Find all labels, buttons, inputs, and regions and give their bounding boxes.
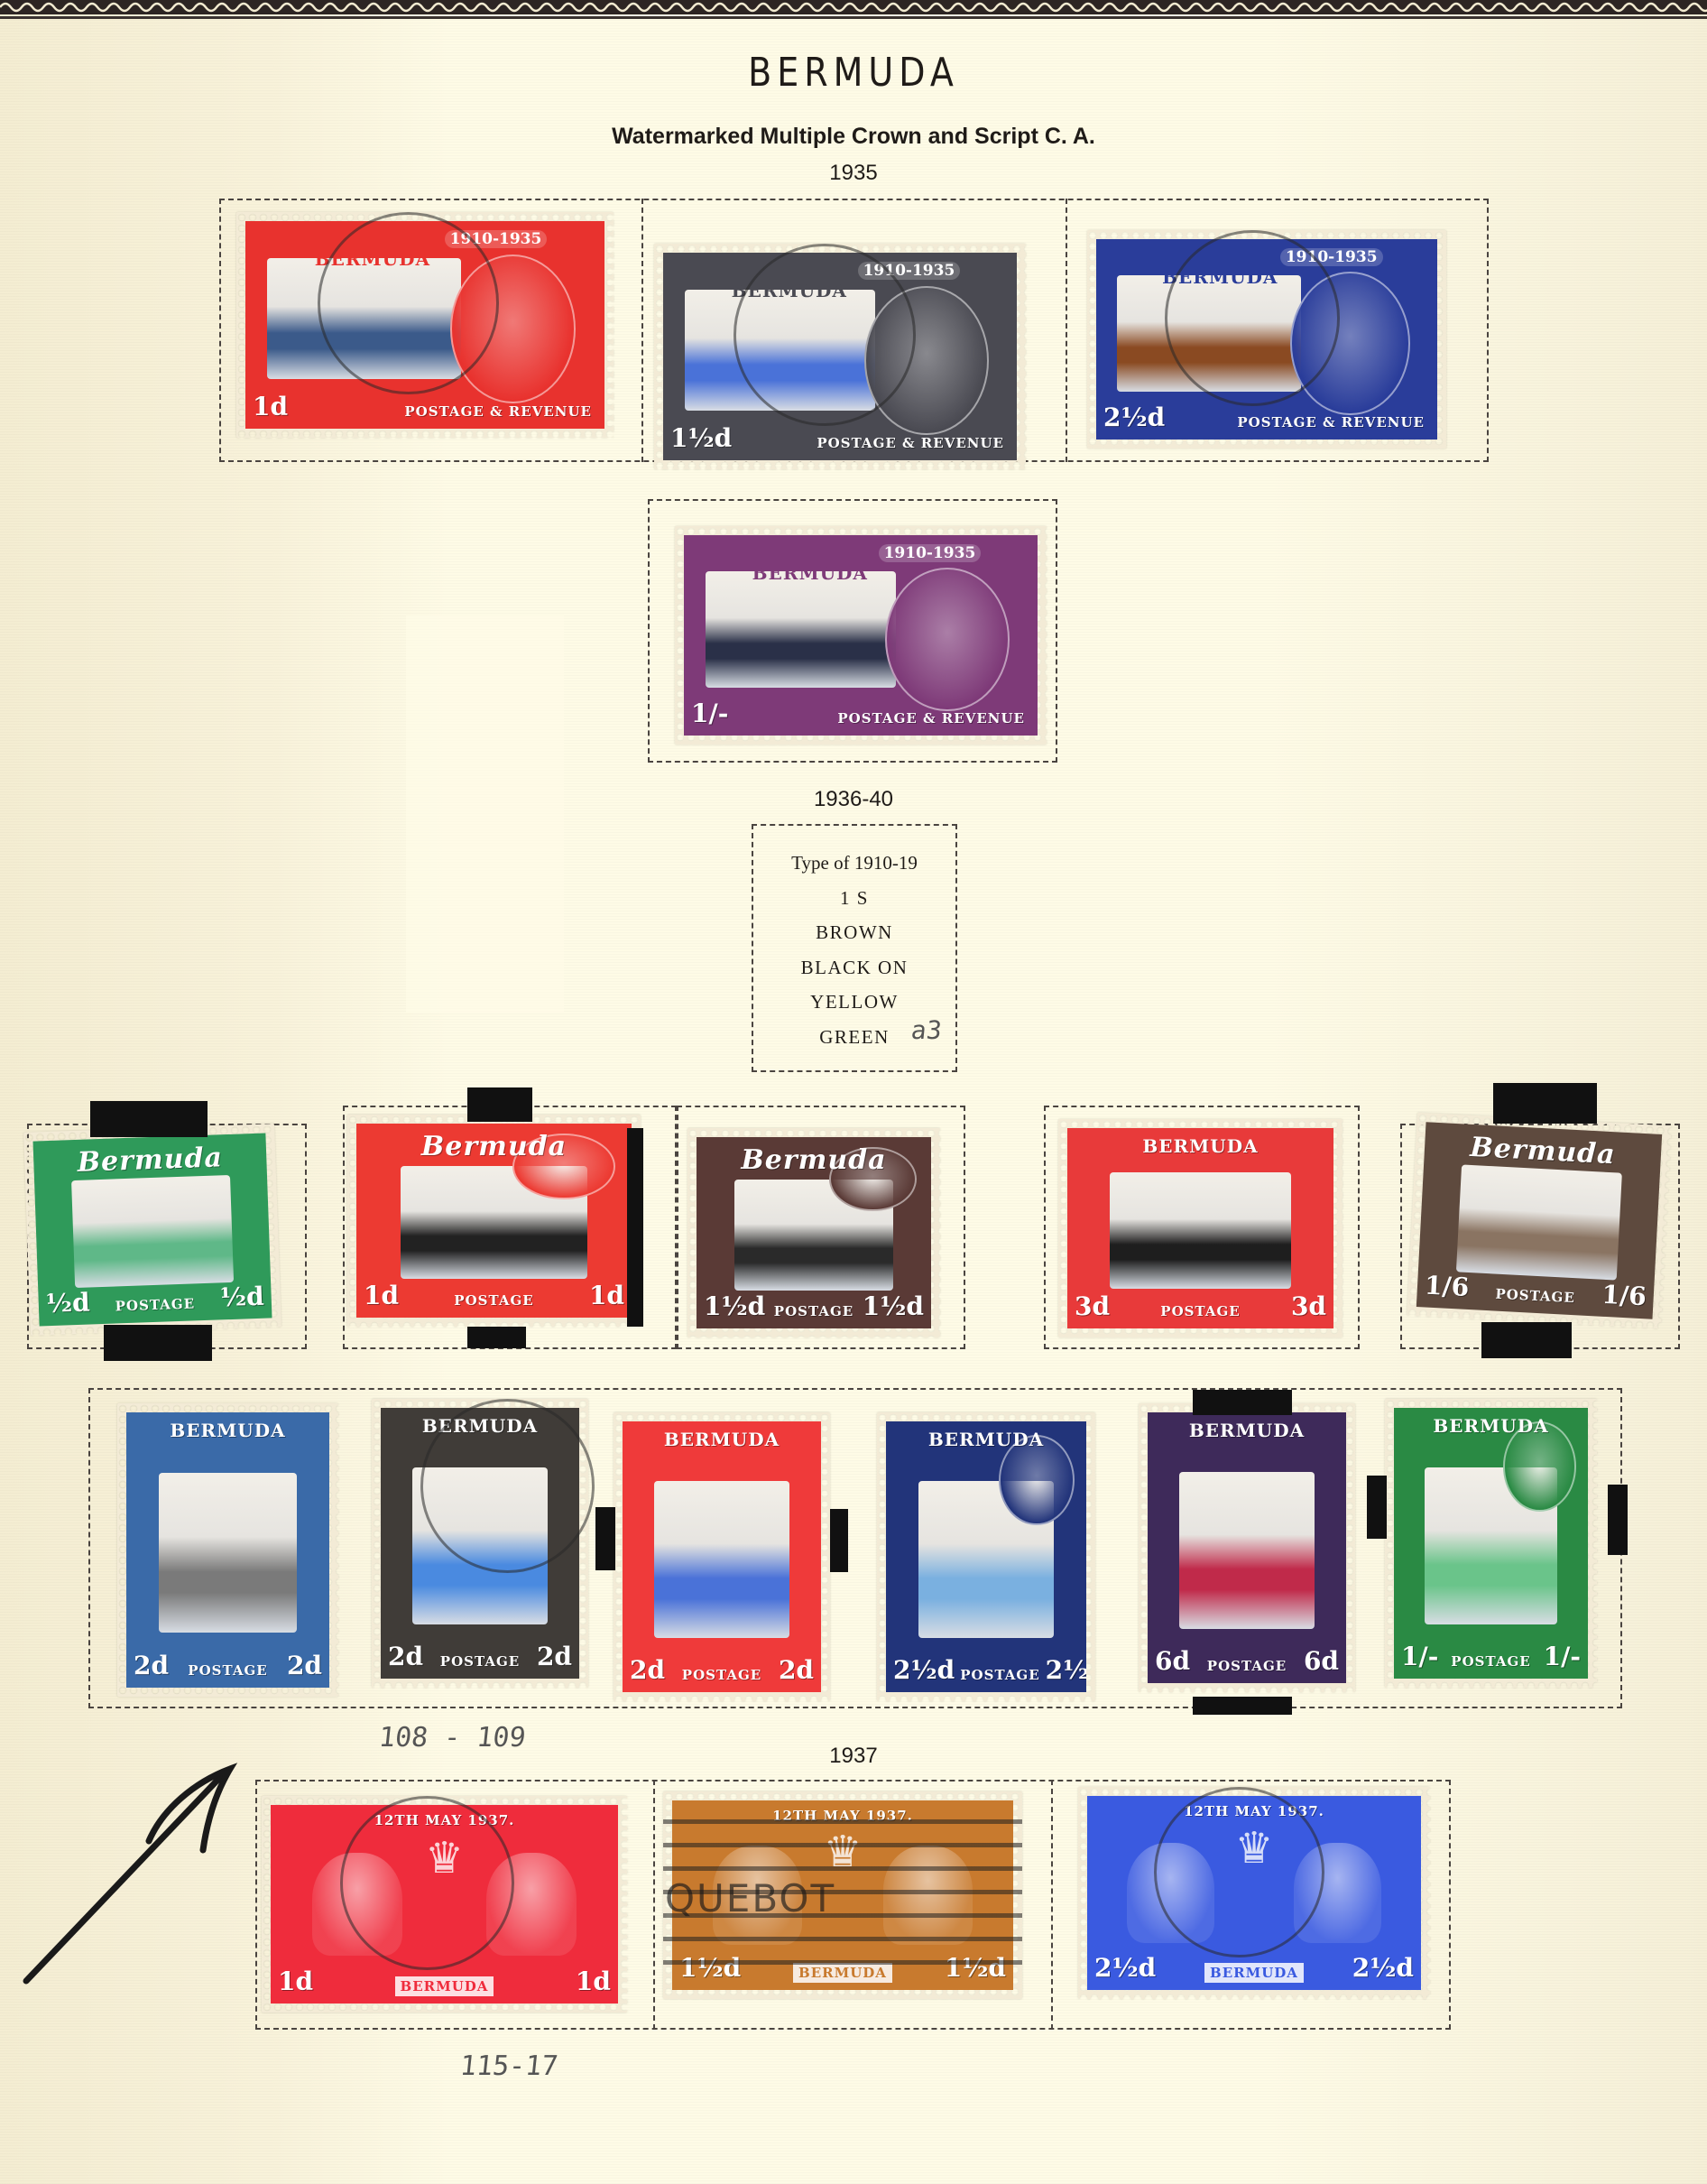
crown-icon: ♛ <box>1234 1823 1273 1874</box>
stamp-design: Bermuda1dPOSTAGE1d <box>356 1124 632 1318</box>
info-line: Type of 1910-19 <box>753 846 955 881</box>
stamp-bottom-band: 2dPOSTAGE2d <box>134 1651 322 1680</box>
pencil-note-115-17: 115-17 <box>458 2050 559 2082</box>
stamp-vignette <box>706 571 897 688</box>
stamp-space-divider <box>641 199 643 462</box>
stamp: Bermuda1dPOSTAGE1d <box>356 1124 632 1318</box>
stamp-denomination: 1½d <box>945 1953 1006 1983</box>
stamp-denomination: 1/6 <box>1424 1270 1470 1302</box>
info-line: YELLOW <box>753 985 955 1020</box>
stamp-denomination: 1½d <box>670 423 732 453</box>
stamp-vignette <box>654 1481 789 1638</box>
royal-portrait-icon <box>486 1853 577 1956</box>
stamp-denomination: 2d <box>779 1655 814 1685</box>
stamp-denomination: 2½d <box>1103 403 1165 432</box>
stamp-caption: BERMUDA <box>395 1976 494 1996</box>
border-rule <box>0 16 1707 19</box>
stamp-caption: BERMUDA <box>793 1963 892 1983</box>
stamp-design: BERMUDA1/-POSTAGE1/- <box>1394 1408 1588 1679</box>
pencil-arrow-icon <box>14 1755 239 1990</box>
stamp: ♛12TH MAY 1937.2½dBERMUDA2½d <box>1087 1796 1421 1990</box>
stamp-denomination: 1½d <box>704 1291 765 1321</box>
stamp-denomination: 1d <box>589 1281 624 1310</box>
stamp-mount-strip <box>1367 1476 1387 1539</box>
stamp-country-name: BERMUDA <box>752 562 868 584</box>
royal-portrait-icon <box>312 1853 402 1956</box>
jubilee-dates: 1910-1935 <box>858 262 961 280</box>
stamp-denomination: 3d <box>1291 1291 1326 1321</box>
stamp-bottom-band: 1½dBERMUDA1½d <box>679 1953 1006 1983</box>
stamp-denomination: 2d <box>388 1642 423 1671</box>
stamp-caption: POSTAGE <box>1202 1656 1292 1676</box>
stamp-vignette <box>267 258 461 378</box>
stamp-design: BERMUDA1910-19352½dPOSTAGE & REVENUE <box>1096 239 1437 440</box>
stamp-mount-strip <box>1608 1485 1628 1555</box>
stamp-denomination: 6d <box>1155 1646 1190 1676</box>
stamp-denomination: ½d <box>219 1282 264 1313</box>
stamp-country-name: BERMUDA <box>732 280 847 301</box>
stamp-denomination: 2½d <box>1046 1655 1086 1685</box>
stamp-caption: POSTAGE & REVENUE <box>1232 412 1430 432</box>
stamp-design: BERMUDA2dPOSTAGE2d <box>623 1421 821 1692</box>
info-line: BLACK ON <box>753 950 955 986</box>
stamp-bottom-band: 1/-POSTAGE1/- <box>1401 1642 1581 1671</box>
stamp: Bermuda1½dPOSTAGE1½d <box>697 1137 931 1328</box>
stamp-design: BERMUDA3dPOSTAGE3d <box>1067 1128 1333 1328</box>
stamp-caption: BERMUDA <box>1204 1963 1304 1983</box>
stamp-denomination: 1d <box>576 1967 611 1996</box>
stamp-design: Bermuda1½dPOSTAGE1½d <box>697 1137 931 1328</box>
stamp-design: BERMUDA1910-19351/-POSTAGE & REVENUE <box>684 535 1038 736</box>
stamp-denomination: 1½d <box>863 1291 924 1321</box>
king-portrait-icon <box>1290 272 1410 415</box>
stamp-mount-strip <box>467 1087 532 1122</box>
royal-portrait-icon <box>1294 1843 1380 1944</box>
stamp-caption: POSTAGE <box>1490 1283 1581 1308</box>
stamp-denomination: 2½d <box>1352 1953 1414 1983</box>
section-year-1936-40: 1936-40 <box>718 787 989 812</box>
info-line: 1 S <box>753 881 955 916</box>
stamp-vignette <box>685 290 876 410</box>
stamp-mount-strip <box>595 1507 615 1570</box>
stamp-bottom-band: 2dPOSTAGE2d <box>388 1642 572 1671</box>
stamp-denomination: 2d <box>630 1655 665 1685</box>
stamp-bottom-band: 2dPOSTAGE2d <box>630 1655 814 1685</box>
king-portrait-icon <box>450 254 576 403</box>
stamp-vignette <box>159 1473 297 1633</box>
stamp-country-name: BERMUDA <box>1142 1135 1258 1157</box>
stamp-mount-strip <box>1493 1083 1597 1124</box>
stamp: BERMUDA6dPOSTAGE6d <box>1148 1412 1346 1683</box>
stamp-country-name: BERMUDA <box>1433 1415 1548 1437</box>
stamp: BERMUDA1910-19352½dPOSTAGE & REVENUE <box>1096 239 1437 440</box>
stamp-denomination: ½d <box>45 1287 90 1319</box>
stamp-design: Bermuda½dPOSTAGE½d <box>33 1134 272 1327</box>
stamp-country-name: 12TH MAY 1937. <box>772 1808 913 1824</box>
stamp-bottom-band: 1½dPOSTAGE & REVENUE <box>670 423 1010 453</box>
stamp-bottom-band: 3dPOSTAGE3d <box>1075 1291 1326 1321</box>
stamp-design: BERMUDA2½dPOSTAGE2½d <box>886 1421 1086 1692</box>
stamp: BERMUDA2dPOSTAGE2d <box>381 1408 579 1679</box>
page-title: BERMUDA <box>0 50 1707 96</box>
stamp-bottom-band: 1dBERMUDA1d <box>278 1967 611 1996</box>
stamp-mount-strip <box>1193 1697 1292 1715</box>
stamp: BERMUDA1910-19351½dPOSTAGE & REVENUE <box>663 253 1017 460</box>
stamp-caption: POSTAGE & REVENUE <box>811 433 1010 453</box>
stamp-vignette <box>1117 275 1301 392</box>
stamp-mount-strip <box>627 1128 643 1327</box>
stamp-country-name: Bermuda <box>421 1131 567 1162</box>
stamp-caption: POSTAGE & REVENUE <box>399 402 597 421</box>
stamp-vignette <box>71 1175 234 1288</box>
stamp-country-name: BERMUDA <box>1162 266 1278 288</box>
stamp-denomination: 2d <box>537 1642 572 1671</box>
stamp-design: BERMUDA6dPOSTAGE6d <box>1148 1412 1346 1683</box>
stamp-vignette <box>412 1467 548 1624</box>
stamp-denomination: 3d <box>1075 1291 1110 1321</box>
stamp-country-name: BERMUDA <box>170 1420 285 1441</box>
stamp-vignette <box>1179 1472 1315 1629</box>
stamp-denomination: 2½d <box>893 1655 955 1685</box>
stamp-design: BERMUDA1910-19351½dPOSTAGE & REVENUE <box>663 253 1017 460</box>
stamp-country-name: BERMUDA <box>1189 1420 1305 1441</box>
stamp-country-name: BERMUDA <box>315 248 430 270</box>
king-portrait-icon <box>885 568 1009 711</box>
pencil-note-108-109: 108 - 109 <box>377 1722 527 1754</box>
crown-icon: ♛ <box>425 1833 464 1883</box>
royal-portrait-icon <box>1127 1843 1213 1944</box>
stamp-bottom-band: 2½dPOSTAGE2½d <box>893 1655 1079 1685</box>
stamp-country-name: BERMUDA <box>928 1429 1044 1450</box>
stamp-design: BERMUDA2dPOSTAGE2d <box>126 1412 329 1688</box>
stamp-caption: POSTAGE <box>435 1652 525 1671</box>
stamp-space-divider <box>1066 199 1067 462</box>
stamp-space-divider <box>1051 1780 1053 2030</box>
info-line: BROWN <box>753 915 955 950</box>
stamp-bottom-band: 2½dPOSTAGE & REVENUE <box>1103 403 1430 432</box>
stamp-space-divider <box>653 1780 655 2030</box>
stamp-caption: POSTAGE <box>1445 1652 1536 1671</box>
jubilee-dates: 1910-1935 <box>445 230 548 248</box>
stamp-denomination: 2d <box>134 1651 169 1680</box>
stamp-bottom-band: 6dPOSTAGE6d <box>1155 1646 1339 1676</box>
stamp-denomination: 1/- <box>691 699 728 728</box>
stamp: BERMUDA2dPOSTAGE2d <box>126 1412 329 1688</box>
stamp-bottom-band: 1dPOSTAGE1d <box>364 1281 624 1310</box>
stamp: BERMUDA2½dPOSTAGE2½d <box>886 1421 1086 1692</box>
stamp: BERMUDA1910-19351/-POSTAGE & REVENUE <box>684 535 1038 736</box>
stamp-design: ♛12TH MAY 1937.1dBERMUDA1d <box>271 1805 618 2004</box>
stamp: Bermuda1/6POSTAGE1/6 <box>1416 1122 1662 1319</box>
stamp-denomination: 2d <box>287 1651 322 1680</box>
stamp-mount-strip <box>1481 1322 1572 1358</box>
stamp-bottom-band: 2½dBERMUDA2½d <box>1094 1953 1414 1983</box>
stamp-denomination: 1d <box>278 1967 313 1996</box>
stamp: BERMUDA2dPOSTAGE2d <box>623 1421 821 1692</box>
stamp-country-name: Bermuda <box>77 1142 223 1179</box>
stamp-bottom-band: 1½dPOSTAGE1½d <box>704 1291 924 1321</box>
stamp: BERMUDA3dPOSTAGE3d <box>1067 1128 1333 1328</box>
stamp-country-name: BERMUDA <box>664 1429 780 1450</box>
stamp-caption: POSTAGE <box>677 1665 767 1685</box>
stamp-caption: POSTAGE <box>448 1291 539 1310</box>
stamp-mount-strip <box>1193 1390 1292 1415</box>
stamp-denomination: 6d <box>1304 1646 1339 1676</box>
postmark-text: QUEBOT <box>665 1876 835 1920</box>
stamp-caption: POSTAGE <box>769 1301 859 1321</box>
stamp-denomination: 1d <box>253 392 288 421</box>
jubilee-dates: 1910-1935 <box>879 544 982 562</box>
stamp-mount-strip <box>467 1327 526 1348</box>
stamp-caption: POSTAGE & REVENUE <box>832 708 1030 728</box>
crown-icon: ♛ <box>823 1827 862 1877</box>
stamp: BERMUDA1/-POSTAGE1/- <box>1394 1408 1588 1679</box>
king-portrait-icon <box>864 286 988 435</box>
stamp: Bermuda½dPOSTAGE½d <box>33 1134 272 1327</box>
stamp-vignette <box>1110 1172 1291 1289</box>
stamp-caption: POSTAGE <box>182 1661 272 1680</box>
stamp-country-name: Bermuda <box>741 1144 886 1176</box>
stamp-country-name: 12TH MAY 1937. <box>374 1812 515 1828</box>
stamp-denomination: 1/- <box>1401 1642 1438 1671</box>
stamp-denomination: 2½d <box>1094 1953 1156 1983</box>
stamp: ♛12TH MAY 1937.1dBERMUDA1d <box>271 1805 618 2004</box>
jubilee-dates: 1910-1935 <box>1280 248 1383 266</box>
stamp-mount-strip <box>104 1325 212 1361</box>
section-year-1935: 1935 <box>718 161 989 186</box>
stamp-country-name: BERMUDA <box>422 1415 538 1437</box>
stamp-bottom-band: 1dPOSTAGE & REVENUE <box>253 392 597 421</box>
decorative-wave-border <box>0 0 1707 14</box>
stamp-design: BERMUDA1910-19351dPOSTAGE & REVENUE <box>245 221 604 429</box>
stamp-design: ♛12TH MAY 1937.2½dBERMUDA2½d <box>1087 1796 1421 1990</box>
stamp-vignette <box>1456 1165 1622 1281</box>
stamp-mount-strip <box>90 1101 208 1137</box>
pale-paper-patch <box>406 615 564 1013</box>
stamp-caption: POSTAGE <box>109 1293 200 1316</box>
section-year-1937: 1937 <box>718 1744 989 1769</box>
stamp-caption: POSTAGE <box>955 1665 1045 1685</box>
stamp-country-name: Bermuda <box>1470 1132 1617 1171</box>
stamp: BERMUDA1910-19351dPOSTAGE & REVENUE <box>245 221 604 429</box>
stamp-denomination: 1d <box>364 1281 399 1310</box>
pencil-note-a3: a3 <box>909 1015 943 1045</box>
stamp-bottom-band: ½dPOSTAGE½d <box>45 1282 264 1319</box>
stamp-country-name: 12TH MAY 1937. <box>1184 1803 1324 1819</box>
stamp-denomination: 1/- <box>1544 1642 1581 1671</box>
stamp-bottom-band: 1/-POSTAGE & REVENUE <box>691 699 1030 728</box>
watermark-subtitle: Watermarked Multiple Crown and Script C.… <box>0 124 1707 150</box>
royal-portrait-icon <box>883 1846 972 1944</box>
stamp-design: BERMUDA2dPOSTAGE2d <box>381 1408 579 1679</box>
stamp: ♛12TH MAY 1937.1½dBERMUDA1½dQUEBOT <box>672 1800 1013 1990</box>
stamp-mount-strip <box>830 1509 848 1572</box>
stamp-denomination: 1/6 <box>1601 1280 1647 1312</box>
stamp-caption: POSTAGE <box>1155 1301 1245 1321</box>
stamp-denomination: 1½d <box>679 1953 741 1983</box>
stamp-design: Bermuda1/6POSTAGE1/6 <box>1416 1122 1662 1319</box>
